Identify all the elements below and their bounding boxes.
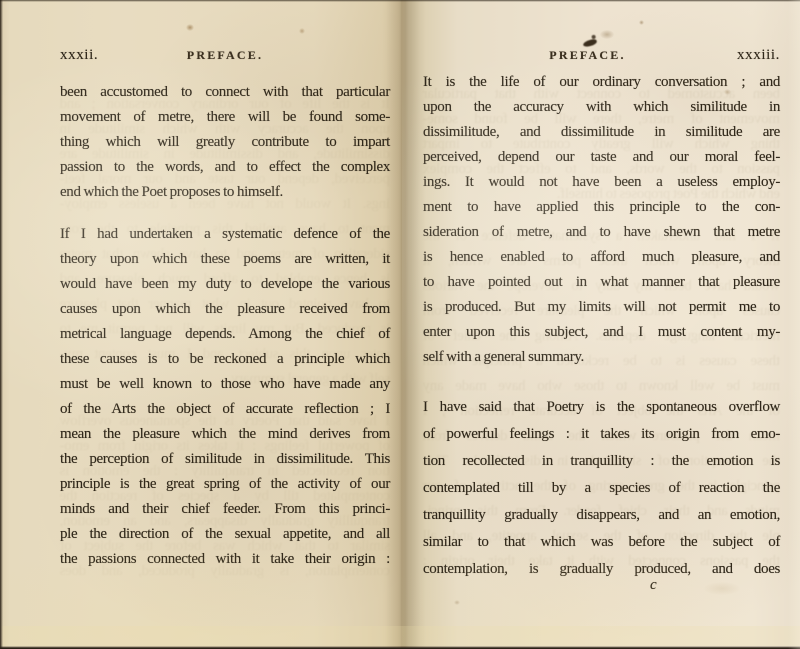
text-line: would have been my duty to develope the … [60, 272, 390, 297]
text-line: ple the direction of the sexual appetite… [60, 522, 390, 547]
paragraph: I have said that Poetry is the spontaneo… [423, 394, 780, 583]
page-text: been accustomed to connect with that par… [60, 80, 390, 572]
text-line: I have said that Poetry is the spontaneo… [423, 394, 780, 421]
scan-edge-right [788, 0, 800, 649]
text-line: contemplated till by a species of reacti… [423, 475, 780, 502]
catchword: c [650, 577, 657, 594]
scan-edge-top [0, 0, 800, 2]
text-line: perceived, depend our taste and our mora… [423, 145, 780, 170]
text-line: tranquillity gradually disappears, and a… [423, 502, 780, 529]
text-line: passion to the words, and to effect the … [60, 155, 390, 180]
text-line: It is the life of our ordinary conversat… [423, 70, 780, 95]
text-line: contemplation, is gradually produced, an… [423, 556, 780, 583]
paragraph: It is the life of our ordinary conversat… [423, 70, 780, 370]
text-line: theory upon which these poems are writte… [60, 247, 390, 272]
text-line: ings. It would not have been a useless e… [423, 170, 780, 195]
text-line: minds and their chief feeder. From this … [60, 497, 390, 522]
page-text: It is the life of our ordinary conversat… [423, 70, 780, 583]
text-line: end which the Poet proposes to himself. [60, 180, 390, 205]
text-line: If I had undertaken a systematic defence… [60, 222, 390, 247]
text-line: enter upon this subject, and I must cont… [423, 320, 780, 345]
scan-edge-left [0, 0, 3, 649]
text-line: of powerful feelings : it takes its orig… [423, 421, 780, 448]
text-line: self with a general summary. [423, 345, 780, 370]
text-line: thing which will greatly contribute to i… [60, 130, 390, 155]
page-number: xxxiii. [737, 46, 780, 64]
running-header: PREFACE. [60, 46, 390, 64]
text-line: upon the accuracy with which similitude … [423, 95, 780, 120]
text-line: these causes is to be reckoned a princip… [60, 347, 390, 372]
book-scan: It is the life of our ordinary conversat… [0, 0, 800, 649]
text-line: causes upon which the pleasure received … [60, 297, 390, 322]
text-line: the perception of similitude in dissimil… [60, 447, 390, 472]
paragraph: If I had undertaken a systematic defence… [60, 222, 390, 572]
text-line: ment to have applied this principle to t… [423, 195, 780, 220]
text-line: is produced. But my limits will not perm… [423, 295, 780, 320]
text-line: movement of metre, there will be found s… [60, 105, 390, 130]
text-line: mean the pleasure which the mind derives… [60, 422, 390, 447]
text-line: dissimilitude, and dissimilitude in simi… [423, 120, 780, 145]
text-line: tion recollected in tranquillity : the e… [423, 448, 780, 475]
paragraph: been accustomed to connect with that par… [60, 80, 390, 205]
text-line: must be well known to those who have mad… [60, 372, 390, 397]
text-line: of the Arts the object of accurate refle… [60, 397, 390, 422]
page-right: been accustomed to connect with that par… [402, 0, 800, 649]
running-header: PREFACE. [409, 46, 766, 64]
text-line: the passions connected with it take thei… [60, 547, 390, 572]
page-header: xxxii. PREFACE. [60, 46, 390, 64]
text-line: principle is the great spring of the act… [60, 472, 390, 497]
text-line: to have pointed out in what manner that … [423, 270, 780, 295]
text-line: is hence enabled to afford much pleasure… [423, 245, 780, 270]
page-header: PREFACE. xxxiii. [423, 46, 780, 64]
page-left: It is the life of our ordinary conversat… [0, 0, 402, 649]
text-line: sideration of metre, and to have shewn t… [423, 220, 780, 245]
text-line: metrical language depends. Among the chi… [60, 322, 390, 347]
text-line: been accustomed to connect with that par… [60, 80, 390, 105]
text-line: similar to that which was before the sub… [423, 529, 780, 556]
